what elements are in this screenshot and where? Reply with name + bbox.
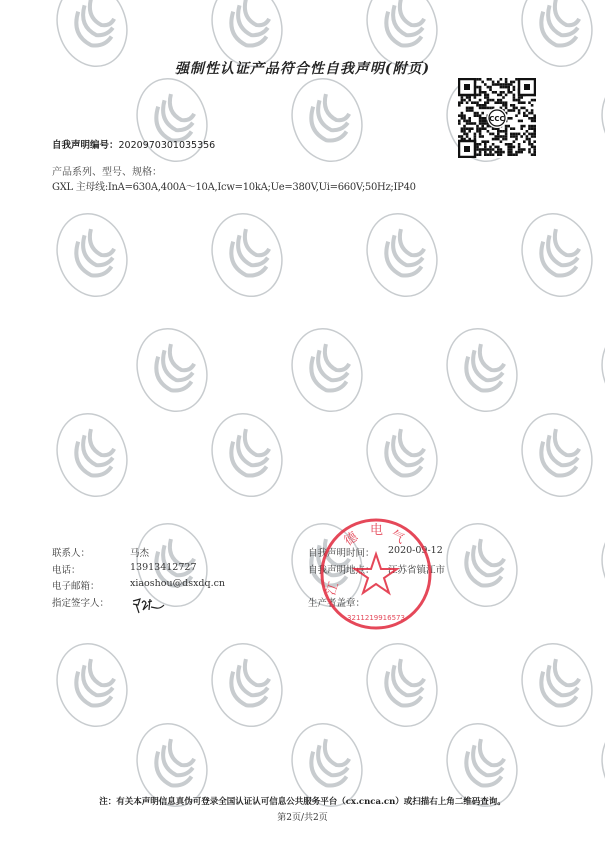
- svg-text:3211219916573: 3211219916573: [347, 614, 405, 622]
- declaration-place-label: 自我声明地点：: [308, 562, 388, 579]
- email: xiaoshou@dsxdq.cn: [130, 578, 225, 595]
- contact-person: 马杰: [130, 545, 149, 562]
- declaration-info-block: 自我声明时间：2020-09-12 自我声明地点：江苏省镇江市 生产者盖章：: [308, 545, 445, 611]
- declaration-number: 自我声明编号：2020970301035356: [52, 137, 215, 151]
- product-label: 产品系列、型号、规格：: [52, 163, 162, 178]
- ccc-watermark-icon: [588, 511, 605, 619]
- ccc-watermark-icon: [353, 201, 451, 309]
- phone-label: 电话：: [52, 562, 130, 579]
- signature-icon: [130, 595, 170, 612]
- ccc-watermark-icon: [353, 401, 451, 509]
- ccc-watermark-icon: [278, 316, 376, 424]
- ccc-watermark-icon: [123, 66, 221, 174]
- ccc-watermark-icon: [198, 401, 296, 509]
- declaration-time-label: 自我声明时间：: [308, 545, 388, 562]
- ccc-watermark-icon: [198, 631, 296, 739]
- ccc-watermark-icon: [198, 201, 296, 309]
- ccc-watermark-icon: [508, 631, 605, 739]
- ccc-watermark-icon: [433, 316, 531, 424]
- page-number: 第2页/共2页: [0, 810, 605, 823]
- document-title: 强制性认证产品符合性自我声明(附页): [0, 58, 605, 78]
- producer-seal-label: 生产者盖章：: [308, 595, 388, 612]
- phone: 13913412727: [130, 562, 197, 579]
- declaration-number-value: 2020970301035356: [119, 140, 216, 151]
- ccc-watermark-icon: [508, 201, 605, 309]
- ccc-watermark-icon: [278, 66, 376, 174]
- ccc-watermark-icon: [508, 401, 605, 509]
- ccc-watermark-icon: [43, 631, 141, 739]
- ccc-watermark-icon: [588, 66, 605, 174]
- contact-person-label: 联系人：: [52, 545, 130, 562]
- product-spec: GXL 主母线:InA=630A,400A～10A,Icw=10kA;Ue=38…: [52, 178, 416, 193]
- declaration-time: 2020-09-12: [388, 545, 443, 562]
- signatory-label: 指定签字人：: [52, 595, 130, 612]
- email-label: 电子邮箱：: [52, 578, 130, 595]
- ccc-watermark-icon: [353, 631, 451, 739]
- ccc-watermark-icon: [433, 511, 531, 619]
- qr-code-icon[interactable]: CCC: [458, 78, 536, 158]
- footer-note: 注：有关本声明信息真伪可登录全国认证认可信息公共服务平台（cx.cnca.cn）…: [0, 795, 605, 807]
- svg-text:电: 电: [370, 522, 383, 538]
- contact-block: 联系人：马杰 电话：13913412727 电子邮箱：xiaoshou@dsxd…: [52, 545, 225, 611]
- ccc-watermark-icon: [43, 201, 141, 309]
- declaration-place: 江苏省镇江市: [388, 562, 445, 579]
- ccc-watermark-icon: [588, 316, 605, 424]
- declaration-number-label: 自我声明编号：: [52, 140, 119, 151]
- ccc-watermark-icon: [123, 316, 221, 424]
- ccc-watermark-icon: [43, 401, 141, 509]
- svg-text:CCC: CCC: [489, 115, 504, 123]
